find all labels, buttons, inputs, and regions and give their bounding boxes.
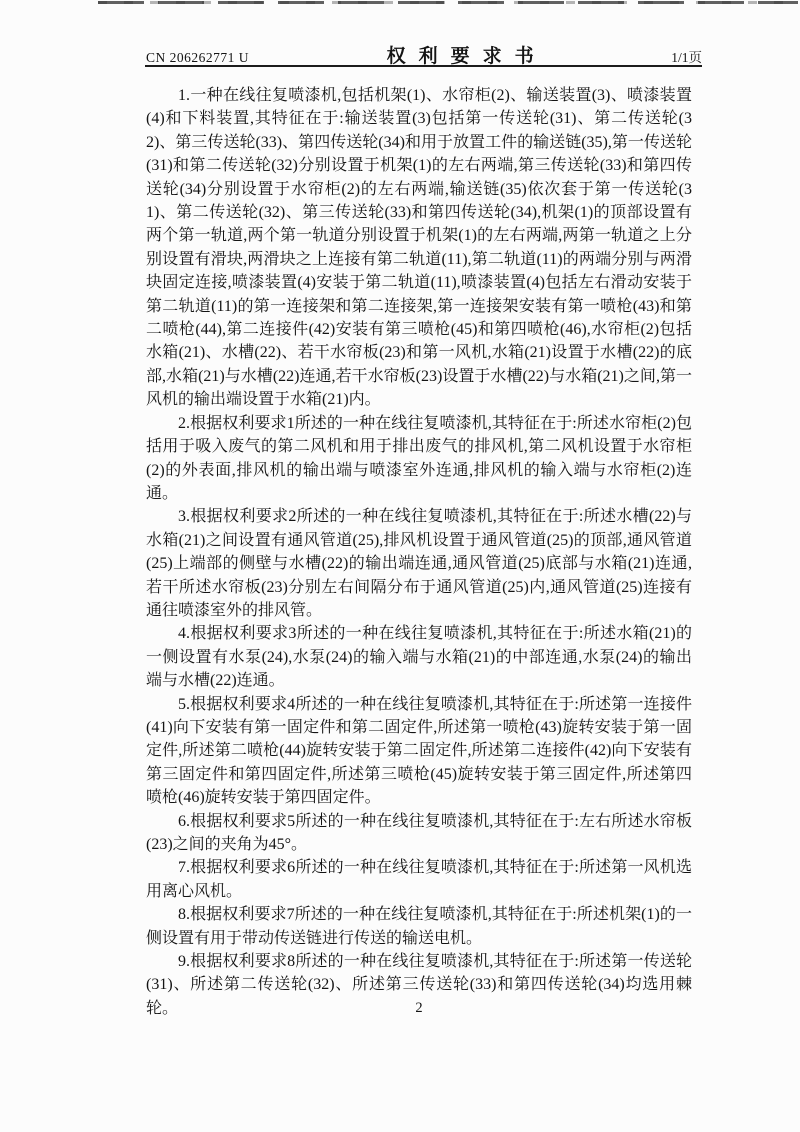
claim-5: 5.根据权利要求4所述的一种在线往复喷漆机,其特征在于:所述第一连接件(41)向… (146, 693, 692, 810)
claim-6: 6.根据权利要求5所述的一种在线往复喷漆机,其特征在于:左右所述水帘板(23)之… (146, 810, 692, 857)
header-rule (145, 65, 702, 67)
claim-2: 2.根据权利要求1所述的一种在线往复喷漆机,其特征在于:所述水帘柜(2)包括用于… (146, 412, 692, 506)
page-footer: 2 (146, 1000, 692, 1017)
claims-body: 1.一种在线往复喷漆机,包括机架(1)、水帘柜(2)、输送装置(3)、喷漆装置(… (146, 84, 692, 1020)
claim-1: 1.一种在线往复喷漆机,包括机架(1)、水帘柜(2)、输送装置(3)、喷漆装置(… (146, 84, 692, 412)
page-number: 2 (415, 1000, 422, 1016)
claim-8: 8.根据权利要求7所述的一种在线往复喷漆机,其特征在于:所述机架(1)的一侧设置… (146, 903, 692, 950)
claim-7: 7.根据权利要求6所述的一种在线往复喷漆机,其特征在于:所述第一风机选用离心风机… (146, 856, 692, 903)
document-title: 权利要求书 (387, 41, 547, 68)
page-header: CN 206262771 U 权利要求书 1/1页 (146, 41, 702, 68)
claim-3: 3.根据权利要求2所述的一种在线往复喷漆机,其特征在于:所述水槽(22)与水箱(… (146, 505, 692, 622)
page-indicator: 1/1页 (671, 46, 702, 66)
scan-artifact-line (98, 1, 798, 4)
patent-claims-page: CN 206262771 U 权利要求书 1/1页 1.一种在线往复喷漆机,包括… (0, 0, 800, 1132)
claim-4: 4.根据权利要求3所述的一种在线往复喷漆机,其特征在于:所述水箱(21)的一侧设… (146, 622, 692, 692)
document-number: CN 206262771 U (146, 50, 249, 66)
